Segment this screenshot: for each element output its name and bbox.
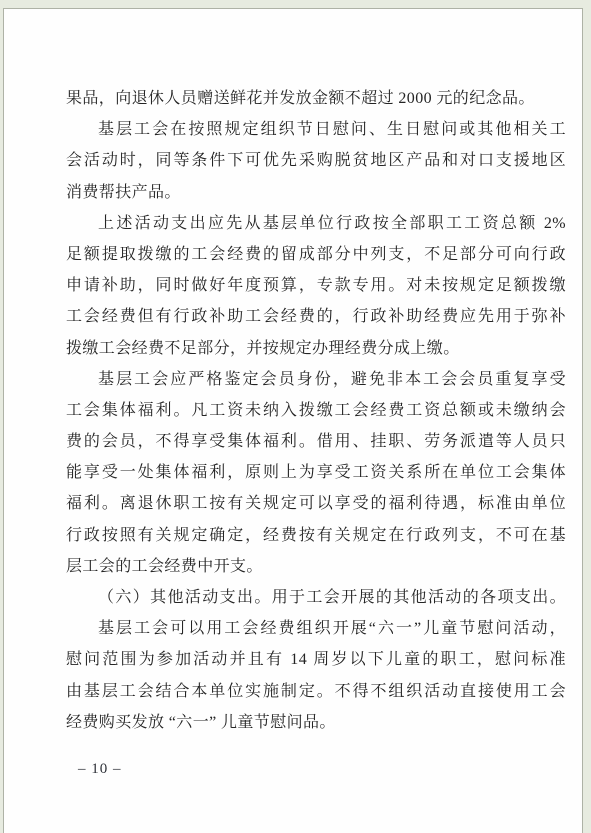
text-line: 上述活动支出应先从基层单位行政按全部职工工资总额 2%	[66, 208, 566, 239]
text-line: 基层工会可以用工会经费组织开展“六一”儿童节慰问活动，	[66, 613, 566, 644]
text-line: 工会经费但有行政补助工会经费的，行政补助经费应先用于弥补	[66, 301, 566, 332]
text-line: 拨缴工会经费不足部分，并按规定办理经费分成上缴。	[66, 333, 566, 364]
text-line: 慰问范围为参加活动并且有 14 周岁以下儿童的职工，慰问标准	[66, 644, 566, 675]
page-number: – 10 –	[78, 761, 122, 777]
document-page: 果品，向退休人员赠送鲜花并发放金额不超过 2000 元的纪念品。 基层工会在按照…	[3, 8, 583, 833]
text-line: 果品，向退休人员赠送鲜花并发放金额不超过 2000 元的纪念品。	[66, 83, 566, 114]
text-line: 行政按照有关规定确定，经费按有关规定在行政列支，不可在基	[66, 520, 566, 551]
text-line: 福利。离退休职工按有关规定可以享受的福利待遇，标准由单位	[66, 488, 566, 519]
text-line: （六）其他活动支出。用于工会开展的其他活动的各项支出。	[66, 582, 566, 613]
text-line: 经费购买发放 “六一” 儿童节慰问品。	[66, 707, 566, 738]
text-line: 会活动时，同等条件下可优先采购脱贫地区产品和对口支援地区	[66, 145, 566, 176]
scan-background: 果品，向退休人员赠送鲜花并发放金额不超过 2000 元的纪念品。 基层工会在按照…	[0, 0, 591, 833]
text-line: 工会集体福利。凡工资未纳入拨缴工会经费工资总额或未缴纳会	[66, 395, 566, 426]
text-line: 基层工会应严格鉴定会员身份，避免非本工会会员重复享受	[66, 364, 566, 395]
text-line: 申请补助，同时做好年度预算，专款专用。对未按规定足额拨缴	[66, 270, 566, 301]
text-line: 足额提取拨缴的工会经费的留成部分中列支，不足部分可向行政	[66, 239, 566, 270]
text-line: 费的会员，不得享受集体福利。借用、挂职、劳务派遣等人员只	[66, 426, 566, 457]
text-line: 消费帮扶产品。	[66, 177, 566, 208]
text-line: 基层工会在按照规定组织节日慰问、生日慰问或其他相关工	[66, 114, 566, 145]
text-line: 由基层工会结合本单位实施制定。不得不组织活动直接使用工会	[66, 676, 566, 707]
text-line: 层工会的工会经费中开支。	[66, 551, 566, 582]
document-body: 果品，向退休人员赠送鲜花并发放金额不超过 2000 元的纪念品。 基层工会在按照…	[66, 83, 566, 738]
text-line: 能享受一处集体福利，原则上为享受工资关系所在单位工会集体	[66, 457, 566, 488]
